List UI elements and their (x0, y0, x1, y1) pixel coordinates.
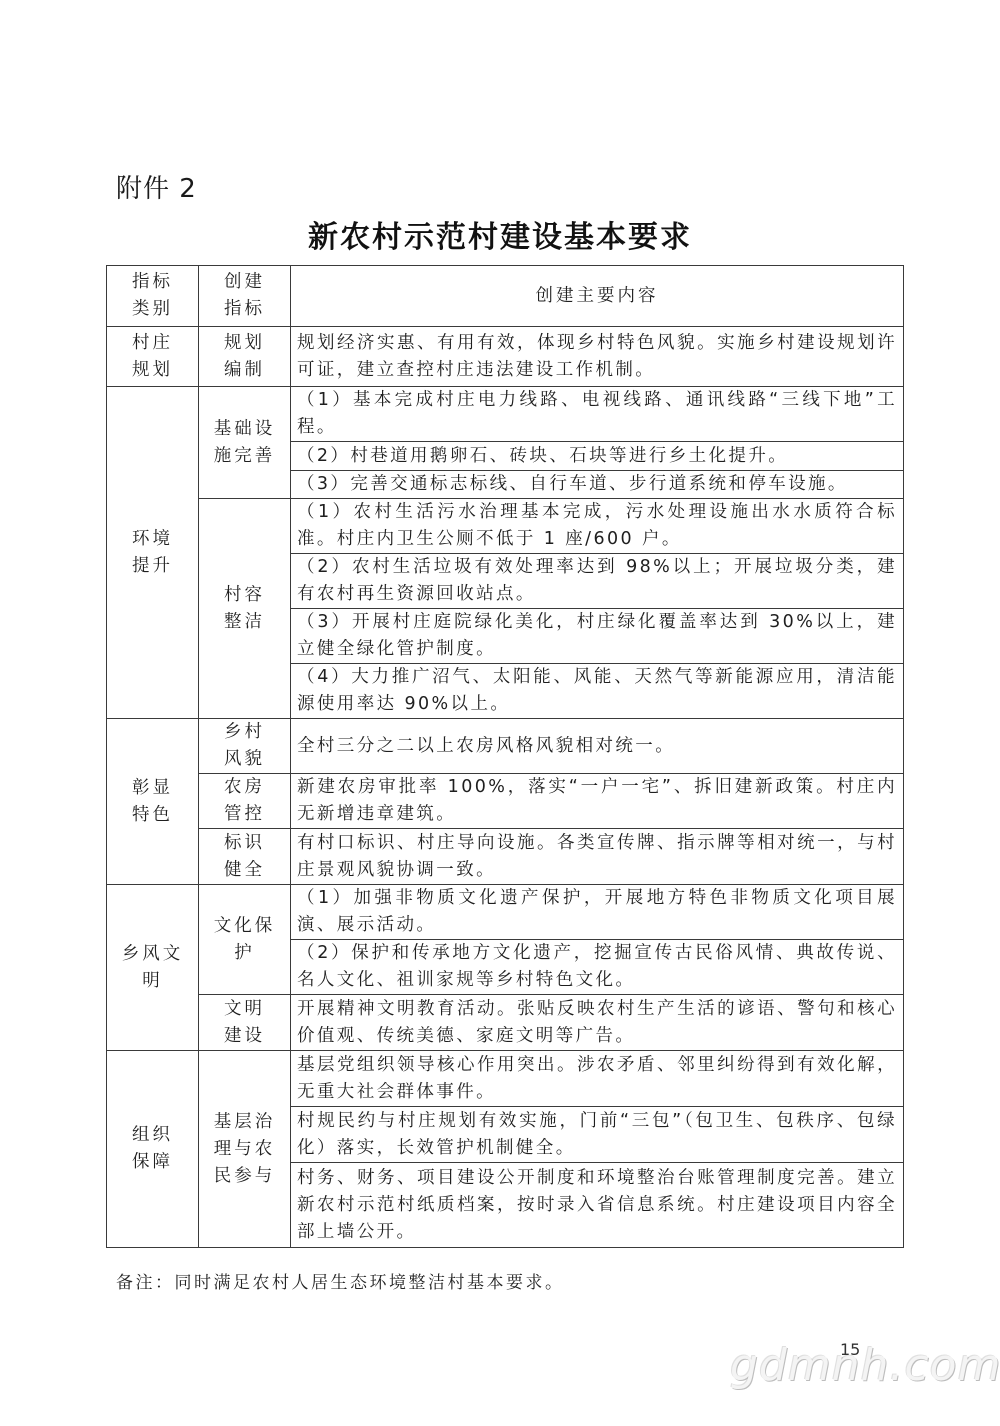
header-indicator: 创建 指标 (199, 266, 291, 327)
content-cell: （1）农村生活污水治理基本完成，污水处理设施出水水质符合标准。村庄内卫生公厕不低… (291, 499, 904, 554)
content-cell: 基层党组织领导核心作用突出。涉农矛盾、邻里纠纷得到有效化解，无重大社会群体事件。 (291, 1051, 904, 1107)
content-cell: 村规民约与村庄规划有效实施，门前“三包”（包卫生、包秩序、包绿化）落实，长效管护… (291, 1107, 904, 1163)
document-title: 新农村示范村建设基本要求 (0, 212, 1000, 256)
category-cell: 村庄 规划 (107, 327, 199, 387)
category-cell: 组织 保障 (107, 1051, 199, 1248)
table-row: 乡风文 明 文化保 护 （1）加强非物质文化遗产保护，开展地方特色非物质文化项目… (107, 885, 904, 940)
page-number: 15 (840, 1340, 860, 1359)
content-cell: （2）农村生活垃圾有效处理率达到 98%以上；开展垃圾分类，建有农村再生资源回收… (291, 554, 904, 609)
category-cell: 环境 提升 (107, 387, 199, 719)
content-cell: （1）基本完成村庄电力线路、电视线路、通讯线路“三线下地”工程。 (291, 387, 904, 442)
footnote: 备注：同时满足农村人居生态环境整洁村基本要求。 (116, 1268, 565, 1293)
content-cell: （3）开展村庄庭院绿化美化，村庄绿化覆盖率达到 30%以上，建立健全绿化管护制度… (291, 609, 904, 664)
table-row: 农房 管控 新建农房审批率 100%，落实“一户一宅”、拆旧建新政策。村庄内无新… (107, 774, 904, 829)
content-cell: （2）保护和传承地方文化遗产，挖掘宣传古民俗风情、典故传说、名人文化、祖训家规等… (291, 940, 904, 995)
content-cell: （3）完善交通标志标线、自行车道、步行道系统和停车设施。 (291, 471, 904, 499)
content-cell: 规划经济实惠、有用有效，体现乡村特色风貌。实施乡村建设规划许可证，建立查控村庄违… (291, 327, 904, 387)
content-cell: 村务、财务、项目建设公开制度和环境整治台账管理制度完善。建立新农村示范村纸质档案… (291, 1163, 904, 1248)
indicator-cell: 规划 编制 (199, 327, 291, 387)
indicator-cell: 文化保 护 (199, 885, 291, 995)
header-content: 创建主要内容 (291, 266, 904, 327)
category-cell: 彰显 特色 (107, 719, 199, 885)
content-cell: （4）大力推广沼气、太阳能、风能、天然气等新能源应用，清洁能源使用率达 90%以… (291, 664, 904, 719)
table-row: 组织 保障 基层治 理与农 民参与 基层党组织领导核心作用突出。涉农矛盾、邻里纠… (107, 1051, 904, 1107)
table-row: 文明 建设 开展精神文明教育活动。张贴反映农村生产生活的谚语、警句和核心价值观、… (107, 995, 904, 1051)
requirements-table: 指标 类别 创建 指标 创建主要内容 村庄 规划 规划 编制 规划经济实惠、有用… (106, 265, 904, 1248)
table-header-row: 指标 类别 创建 指标 创建主要内容 (107, 266, 904, 327)
table-row: 标识 健全 有村口标识、村庄导向设施。各类宣传牌、指示牌等相对统一，与村庄景观风… (107, 829, 904, 885)
content-cell: （2）村巷道用鹅卵石、砖块、石块等进行乡土化提升。 (291, 442, 904, 471)
category-cell: 乡风文 明 (107, 885, 199, 1051)
table-row: 村容 整洁 （1）农村生活污水治理基本完成，污水处理设施出水水质符合标准。村庄内… (107, 499, 904, 554)
indicator-cell: 基层治 理与农 民参与 (199, 1051, 291, 1248)
indicator-cell: 乡村 风貌 (199, 719, 291, 774)
content-cell: 有村口标识、村庄导向设施。各类宣传牌、指示牌等相对统一，与村庄景观风貌协调一致。 (291, 829, 904, 885)
watermark: gdmnh.com (730, 1340, 1000, 1391)
content-cell: 新建农房审批率 100%，落实“一户一宅”、拆旧建新政策。村庄内无新增违章建筑。 (291, 774, 904, 829)
attachment-label: 附件 2 (116, 168, 197, 205)
indicator-cell: 文明 建设 (199, 995, 291, 1051)
indicator-cell: 基础设 施完善 (199, 387, 291, 499)
table-row: 村庄 规划 规划 编制 规划经济实惠、有用有效，体现乡村特色风貌。实施乡村建设规… (107, 327, 904, 387)
content-cell: 全村三分之二以上农房风格风貌相对统一。 (291, 719, 904, 774)
table-row: 环境 提升 基础设 施完善 （1）基本完成村庄电力线路、电视线路、通讯线路“三线… (107, 387, 904, 442)
indicator-cell: 村容 整洁 (199, 499, 291, 719)
indicator-cell: 标识 健全 (199, 829, 291, 885)
table-row: 彰显 特色 乡村 风貌 全村三分之二以上农房风格风貌相对统一。 (107, 719, 904, 774)
content-cell: （1）加强非物质文化遗产保护，开展地方特色非物质文化项目展演、展示活动。 (291, 885, 904, 940)
header-category: 指标 类别 (107, 266, 199, 327)
content-cell: 开展精神文明教育活动。张贴反映农村生产生活的谚语、警句和核心价值观、传统美德、家… (291, 995, 904, 1051)
indicator-cell: 农房 管控 (199, 774, 291, 829)
